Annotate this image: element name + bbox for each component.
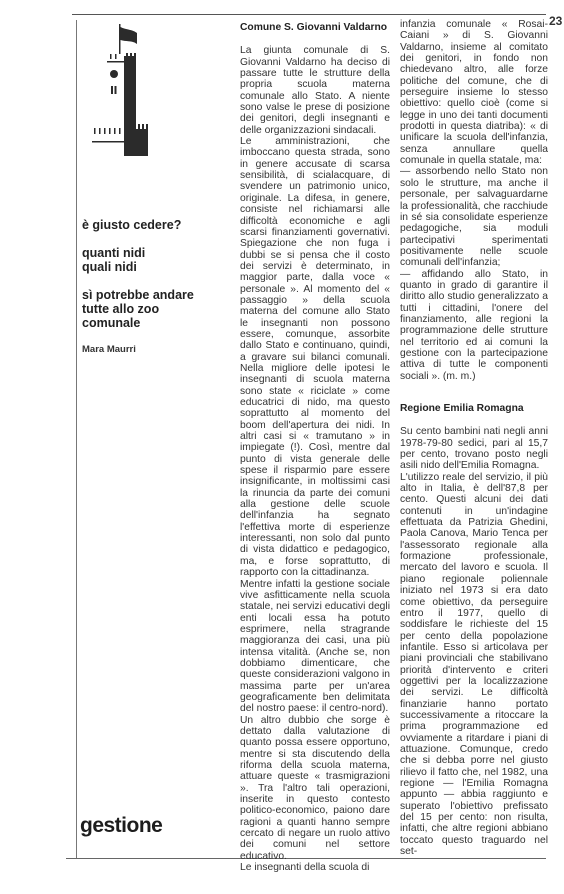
headline-1: è giusto cedere? — [82, 218, 232, 232]
article-column-middle: Comune S. Giovanni Valdarno La giunta co… — [240, 22, 390, 873]
paragraph: Le insegnanti della scuola di — [240, 862, 390, 873]
paragraph: L'utilizzo reale del servizio, il più al… — [400, 472, 548, 858]
paragraph: — affidando allo Stato, in quanto in gra… — [400, 269, 548, 382]
headline-line: comunale — [82, 316, 232, 330]
article-2: Regione Emilia Romagna Su cento bambini … — [400, 403, 548, 857]
headline-line: è giusto cedere? — [82, 218, 232, 232]
paragraph: Su cento bambini nati negli anni 1978-79… — [400, 426, 548, 471]
headline-line: quali nidi — [82, 260, 232, 274]
page-number: 23 — [549, 14, 562, 28]
article-subtitle: Regione Emilia Romagna — [400, 403, 548, 414]
top-rule — [72, 14, 546, 15]
left-rule — [76, 20, 77, 858]
sidebar-headlines: è giusto cedere? quanti nidi quali nidi … — [82, 218, 232, 355]
paragraph: Un altro dubbio che sorge è dettato dall… — [240, 715, 390, 862]
headline-line: sì potrebbe andare — [82, 288, 232, 302]
headline-line: quanti nidi — [82, 246, 232, 260]
headline-3: sì potrebbe andare tutte allo zoo comuna… — [82, 288, 232, 330]
paragraph: Mentre infatti la gestione sociale vive … — [240, 579, 390, 715]
paragraph: infanzia comunale « Rosai-Caiani » di S.… — [400, 19, 548, 166]
paragraph: — assorbendo nello Stato non solo le str… — [400, 166, 548, 268]
article-subtitle: Comune S. Giovanni Valdarno — [240, 22, 390, 33]
tower-with-flag-icon — [82, 24, 156, 156]
headline-2: quanti nidi quali nidi — [82, 246, 232, 274]
author-byline: Mara Maurri — [82, 344, 232, 355]
article-column-right: infanzia comunale « Rosai-Caiani » di S.… — [400, 19, 548, 382]
headline-line: tutte allo zoo — [82, 302, 232, 316]
section-label: gestione — [80, 814, 162, 838]
paragraph: Le amministrazioni, che imboccano questa… — [240, 136, 390, 578]
paragraph: La giunta comunale di S. Giovanni Valdar… — [240, 45, 390, 136]
